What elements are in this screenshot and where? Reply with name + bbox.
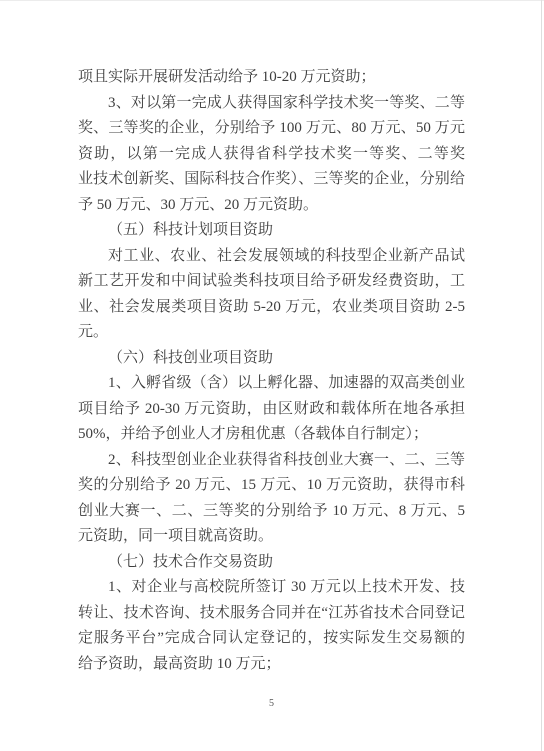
document-page: 项且实际开展研发活动给予 10-20 万元资助；3、对以第一完成人获得国家科学技… [0, 0, 544, 751]
text-line: （七）技术合作交易资助 [78, 550, 465, 576]
text-line: 新工艺开发和中间试验类科技项目给予研发经费资助，工 [78, 269, 465, 295]
document-body: 项且实际开展研发活动给予 10-20 万元资助；3、对以第一完成人获得国家科学技… [78, 65, 465, 677]
text-line: 元。 [78, 320, 465, 346]
text-line: 2、科技型创业企业获得省科技创业大赛一、二、三等 [78, 448, 465, 474]
text-line: 对工业、农业、社会发展领域的科技型企业新产品试制、 [78, 244, 465, 270]
text-line: 元资助，同一项目就高资助。 [78, 524, 465, 550]
text-line: 奖、三等奖的企业，分别给予 100 万元、80 万元、50 万元 [78, 116, 465, 142]
text-line: 项目给予 20-30 万元资助，由区财政和载体所在地各承担 [78, 397, 465, 423]
text-line: 给予资助，最高资助 10 万元； [78, 652, 465, 678]
text-line: 业、社会发展类项目资助 5-20 万元，农业类项目资助 2-5 万 [78, 295, 465, 321]
page-right-edge [541, 0, 542, 751]
text-line: 予 50 万元、30 万元、20 万元资助。 [78, 193, 465, 219]
text-line: 奖的分别给予 20 万元、15 万元、10 万元资助，获得市科技 [78, 473, 465, 499]
text-line: 资助，以第一完成人获得省科学技术奖一等奖、二等奖（企 [78, 142, 465, 168]
page-top-edge [0, 0, 544, 1]
text-line: 50%，并给予创业人才房租优惠（各载体自行制定）； [78, 422, 465, 448]
page-number: 5 [78, 698, 465, 709]
text-line: 创业大赛一、二、三等奖的分别给予 10 万元、8 万元、5 万 [78, 499, 465, 525]
text-line: 1、对企业与高校院所签订 30 万元以上技术开发、技术 [78, 575, 465, 601]
text-line: 3、对以第一完成人获得国家科学技术奖一等奖、二等 [78, 91, 465, 117]
text-line: 1、入孵省级（含）以上孵化器、加速器的双高类创业 [78, 371, 465, 397]
text-line: （六）科技创业项目资助 [78, 346, 465, 372]
text-line: 项且实际开展研发活动给予 10-20 万元资助； [78, 65, 465, 91]
text-line: 业技术创新奖、国际科技合作奖）、三等奖的企业，分别给 [78, 167, 465, 193]
text-line: 转让、技术咨询、技术服务合同并在“江苏省技术合同登记认 [78, 601, 465, 627]
text-line: 定服务平台”完成合同认定登记的，按实际发生交易额的 5% [78, 626, 465, 652]
text-line: （五）科技计划项目资助 [78, 218, 465, 244]
